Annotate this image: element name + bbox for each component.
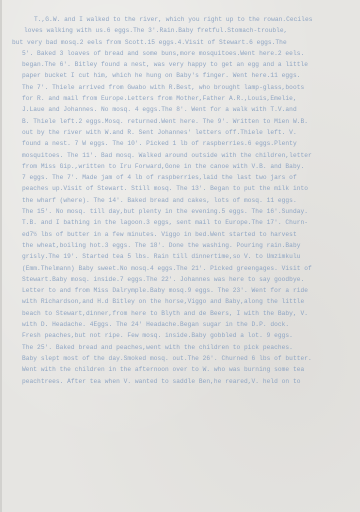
typewritten-page: T.,G.W. and I walked to the river, which… [0, 0, 360, 512]
text-line: out by the river with W.and R. Sent Joha… [12, 127, 352, 138]
text-line: (Emm.Thelmann) Baby sweet.No mosq.4 eggs… [12, 263, 352, 274]
text-line: Stewart.Baby mosq. inside.7 eggs.The 22'… [12, 274, 352, 285]
text-line: grisly.The 19'. Started tea 5 lbs. Rain … [12, 251, 352, 262]
text-line: began.The 6'. Bitley found a nest, was v… [12, 59, 352, 70]
diary-text-body: T.,G.W. and I walked to the river, which… [12, 14, 352, 387]
text-line: the wharf (where). The 14'. Baked bread … [12, 195, 352, 206]
text-line: mosquitoes. The 11'. Bad mosq. Walked ar… [12, 150, 352, 161]
text-line: found a nest. 7 W eggs. The 10'. Picked … [12, 138, 352, 149]
text-line: 7 eggs. The 7'. Made jam of 4 lb of rasp… [12, 172, 352, 183]
text-line: paper bucket I cut him, which he hung on… [12, 70, 352, 81]
text-line: Baby slept most of the day.Smoked mosq. … [12, 353, 352, 364]
text-line: for R. and mail from Europe.Letters from… [12, 93, 352, 104]
text-line: from Miss Gip.,written to Iru Forward,Go… [12, 161, 352, 172]
text-line: Fresh peaches,but not ripe. Few mosq. in… [12, 330, 352, 341]
text-line: beach to Stewart,dinner,from here to Bly… [12, 308, 352, 319]
text-line: J.Laue and Johannes. No mosq. 4 eggs.The… [12, 104, 352, 115]
text-line: the wheat,boiling hot.3 eggs. The 18'. D… [12, 240, 352, 251]
text-line: peaches up.Visit of Stewart. Still mosq.… [12, 183, 352, 194]
text-line: The 7'. Thiele arrived from Gwabo with R… [12, 82, 352, 93]
text-line: Went with the children in the afternoon … [12, 364, 352, 375]
text-line: peachtrees. After tea when V. wanted to … [12, 376, 352, 387]
text-line: with D. Headache. 4Eggs. The 24' Headach… [12, 319, 352, 330]
text-line: 5'. Baked 3 loaves of bread and some bun… [12, 48, 352, 59]
text-line: T.B. and I bathing in the lagoon.3 eggs,… [12, 217, 352, 228]
text-line: with Richardson,and H.d Bitley on the ho… [12, 296, 352, 307]
text-line: ed7½ lbs of butter in a few minutes. Vig… [12, 229, 352, 240]
text-line: The 25'. Baked bread and peaches,went wi… [12, 342, 352, 353]
text-line: but very bad mosq.2 eels from Scott.15 e… [12, 37, 352, 48]
text-line: B. Thiele left.2 eggs.Mosq. returned.Wen… [12, 116, 352, 127]
text-line: The 15'. No mosq. till day,but plenty in… [12, 206, 352, 217]
text-line: Letter to and from Miss Dalrymple.Baby m… [12, 285, 352, 296]
text-line: loves walking with us.6 eggs.The 3'.Rain… [12, 25, 352, 36]
text-line: T.,G.W. and I walked to the river, which… [12, 14, 352, 25]
